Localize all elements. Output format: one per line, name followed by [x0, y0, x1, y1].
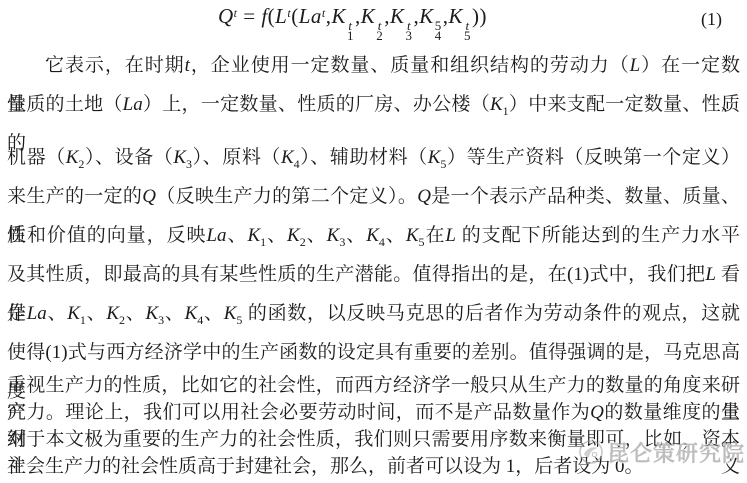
text-line: 来生产的一定的Q（反映生产力的第二个定义）。Q是一个表示产品种类、数量、质量、性: [7, 177, 740, 216]
text-line: 性质的土地（La）上，一定数量、性质的厂房、办公楼（K1）中来支配一定数量、性质…: [7, 85, 740, 124]
equation-row: Qt = f(Lt(Lat,Kt1,Kt2,Kt3,K54,Kt5)) (1): [0, 0, 747, 46]
paragraph: 它表示，在时期t，企业使用一定数量、质量和组织结构的劳动力（L）在一定数量、性质…: [0, 46, 747, 480]
equation-body: Qt = f(Lt(Lat,Kt1,Kt2,Kt3,K54,Kt5)): [0, 4, 747, 41]
text-line: 机器（K2）、设备（K3）、原料（K4）、辅助材料（K5）等生产资料（反映第一个…: [7, 138, 740, 177]
text-line: 社会生产力的社会性质高于封建社会，那么，前者可以设为 1，后者设为 0。: [7, 453, 740, 480]
text-line: 重视生产力的性质，比如它的社会性，而西方经济学一般只从生产力的数量的角度来研究生: [7, 372, 740, 399]
text-line: 是La、K1、K2、K3、K4、K5 的函数，以反映马克思的后者作为劳动条件的观…: [7, 294, 740, 333]
text-line: 使得(1)式与西方经济学中的生产函数的设定具有重要的差别。值得强调的是，马克思高…: [7, 333, 740, 372]
text-line: 对于本文极为重要的生产力的社会性质，我们则只需要用序数来衡量即可，比如，资本主义: [7, 426, 740, 453]
equation-number: (1): [701, 9, 722, 30]
text-line: 及其性质，即最高的具有某些性质的生产潜能。值得指出的是，在(1)式中，我们把L …: [7, 255, 740, 294]
text-line: 质和价值的向量，反映La、K1、K2、K3、K4、K5在L 的支配下所能达到的生…: [7, 216, 740, 255]
document-page: { "page": { "background": "#ffffff", "te…: [0, 0, 747, 483]
text-line: 它表示，在时期t，企业使用一定数量、质量和组织结构的劳动力（L）在一定数量、: [7, 46, 740, 85]
text-line: 产力。理论上，我们可以用社会必要劳动时间，而不是产品数量作为Q的数量维度的量纲。: [7, 399, 740, 426]
